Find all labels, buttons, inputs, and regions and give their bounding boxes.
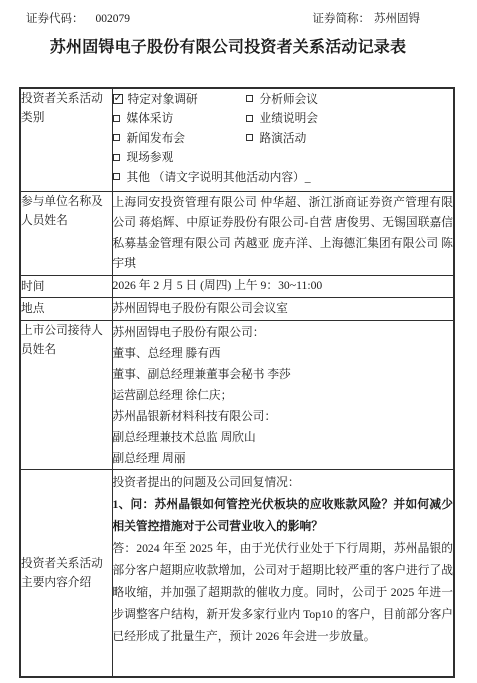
- checkbox-icon: [113, 134, 120, 141]
- checkbox-icon: [246, 95, 253, 102]
- stock-code-label: 证券代码：: [26, 13, 84, 25]
- receptionist-line: 运营副总经理 徐仁庆；: [113, 385, 454, 406]
- location-row: 地点 苏州固锝电子股份有限公司会议室: [20, 297, 454, 320]
- checkbox-label: 分析师会议: [260, 91, 318, 107]
- location-value: 苏州固锝电子股份有限公司会议室: [112, 297, 454, 320]
- stock-abbr: 证券简称：苏州固锝: [313, 12, 421, 26]
- stock-code: 证券代码：002079: [26, 12, 130, 26]
- receptionist-line: 董事、总经理 滕有西: [113, 343, 454, 364]
- document-page: 证券代码：002079 证券简称：苏州固锝 苏州固锝电子股份有限公司投资者关系活…: [0, 0, 477, 683]
- checkbox-item-site-visit: 现场参观: [113, 149, 246, 165]
- checkbox-label: 业绩说明会: [260, 110, 318, 126]
- stock-abbr-label: 证券简称：: [313, 13, 371, 25]
- receptionist-line: 苏州固锝电子股份有限公司：: [113, 322, 454, 343]
- checkbox-line: 媒体采访 业绩说明会: [113, 109, 454, 129]
- receptionists-row: 上市公司接待人员姓名 苏州固锝电子股份有限公司： 董事、总经理 滕有西 董事、副…: [20, 320, 454, 469]
- checkbox-item-media-interview: 媒体采访: [113, 110, 246, 126]
- main-content-body: 投资者提出的问题及公司回复情况： 1、问：苏州晶银如何管控光伏板块的应收账款风险…: [112, 469, 454, 677]
- time-label: 时间: [20, 275, 112, 297]
- checkbox-line: 其他 （请文字说明其他活动内容）_: [113, 167, 454, 187]
- receptionists-label: 上市公司接待人员姓名: [20, 320, 112, 469]
- checkbox-item-special-survey: 特定对象调研: [113, 91, 246, 107]
- checkbox-item-analyst-meeting: 分析师会议: [246, 91, 318, 107]
- time-value: 2026 年 2 月 5 日 (周四) 上午 9：30~11:00: [112, 275, 454, 297]
- checkbox-item-roadshow: 路演活动: [246, 130, 307, 146]
- checkbox-line: 特定对象调研 分析师会议: [113, 89, 454, 109]
- receptionist-line: 副总经理兼技术总监 周欣山: [113, 427, 454, 448]
- checkbox-icon: [246, 115, 253, 122]
- checkbox-checked-icon: [113, 94, 123, 104]
- location-label: 地点: [20, 297, 112, 320]
- checkbox-line: 新闻发布会 路演活动: [113, 128, 454, 148]
- doc-header: 证券代码：002079 证券简称：苏州固锝: [0, 0, 477, 26]
- checkbox-label: 现场参观: [127, 149, 174, 165]
- participants-label: 参与单位名称及人员姓名: [20, 191, 112, 275]
- main-content-label: 投资者关系活动主要内容介绍: [20, 469, 112, 677]
- activity-type-row: 投资者关系活动类别 特定对象调研 分析师会议 媒体采访 业绩说明会 新闻发布会 …: [20, 88, 454, 191]
- checkbox-item-earnings-briefing: 业绩说明会: [246, 110, 318, 126]
- checkbox-item-press-conference: 新闻发布会: [113, 130, 246, 146]
- main-content-row: 投资者关系活动主要内容介绍 投资者提出的问题及公司回复情况： 1、问：苏州晶银如…: [20, 469, 454, 677]
- doc-title: 苏州固锝电子股份有限公司投资者关系活动记录表: [18, 37, 438, 58]
- activity-type-label: 投资者关系活动类别: [20, 88, 112, 191]
- receptionist-line: 副总经理 周丽: [113, 448, 454, 469]
- checkbox-item-other: 其他 （请文字说明其他活动内容）_: [113, 169, 246, 185]
- checkbox-label: 新闻发布会: [127, 130, 185, 146]
- receptionist-line: 苏州晶银新材料科技有限公司：: [113, 406, 454, 427]
- participants-text: 上海同安投资管理有限公司 仲华超、浙江浙商证券资产管理有限公司 蒋焰辉、中原证券…: [112, 191, 454, 275]
- activity-type-options: 特定对象调研 分析师会议 媒体采访 业绩说明会 新闻发布会 路演活动 现场参观: [112, 88, 454, 191]
- checkbox-icon: [246, 134, 253, 141]
- checkbox-icon: [113, 154, 120, 161]
- content-question: 1、问：苏州晶银如何管控光伏板块的应收账款风险？并如何减少相关管控措施对于公司营…: [113, 494, 454, 538]
- participants-row: 参与单位名称及人员姓名 上海同安投资管理有限公司 仲华超、浙江浙商证券资产管理有…: [20, 191, 454, 275]
- content-intro: 投资者提出的问题及公司回复情况：: [113, 472, 454, 494]
- receptionists-list: 苏州固锝电子股份有限公司： 董事、总经理 滕有西 董事、副总经理兼董事会秘书 李…: [112, 320, 454, 469]
- receptionist-line: 董事、副总经理兼董事会秘书 李莎: [113, 364, 454, 385]
- content-answer: 答：2024 年至 2025 年，由于光伏行业处于下行周期，苏州晶银的部分客户超…: [113, 538, 454, 648]
- checkbox-line: 现场参观: [113, 148, 454, 168]
- checkbox-icon: [113, 173, 120, 180]
- record-table: 投资者关系活动类别 特定对象调研 分析师会议 媒体采访 业绩说明会 新闻发布会 …: [19, 87, 455, 678]
- checkbox-label: 特定对象调研: [128, 91, 198, 107]
- checkbox-icon: [113, 115, 120, 122]
- stock-abbr-value: 苏州固锝: [374, 13, 420, 25]
- checkbox-label: 路演活动: [260, 130, 307, 146]
- stock-code-value: 002079: [96, 13, 131, 25]
- checkbox-label: 媒体采访: [127, 110, 174, 126]
- time-row: 时间 2026 年 2 月 5 日 (周四) 上午 9：30~11:00: [20, 275, 454, 297]
- checkbox-label: 其他 （请文字说明其他活动内容）_: [127, 169, 311, 185]
